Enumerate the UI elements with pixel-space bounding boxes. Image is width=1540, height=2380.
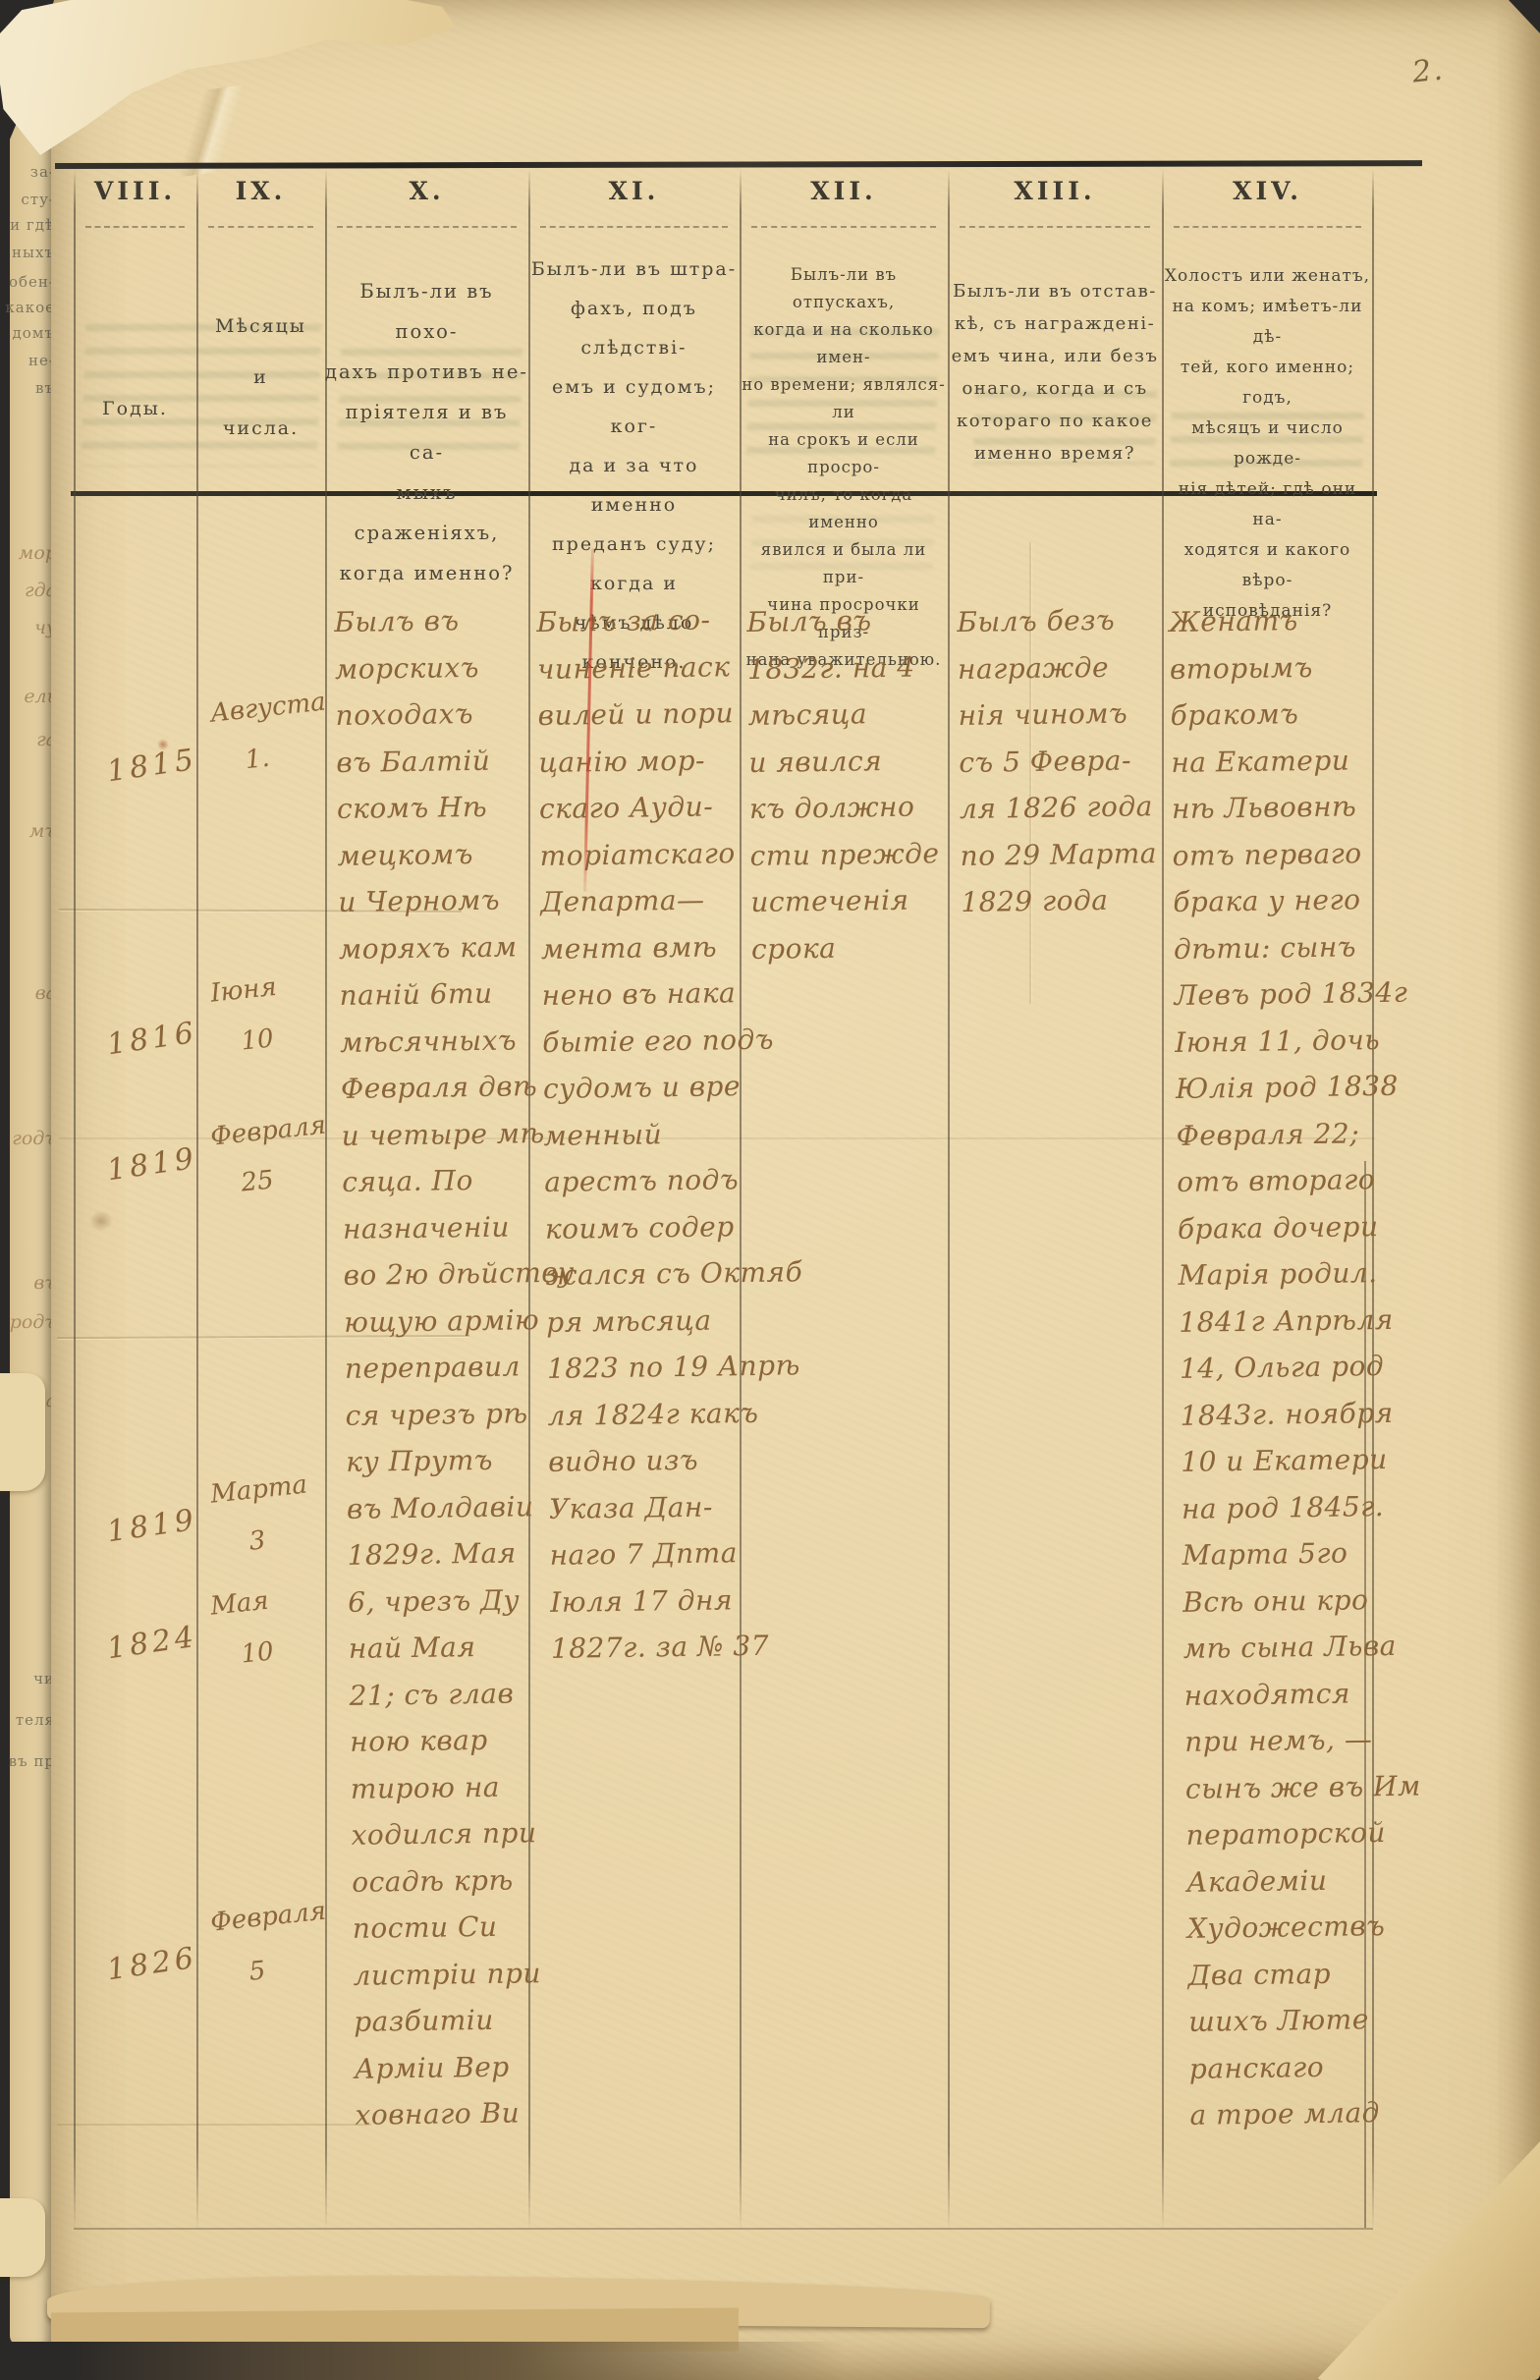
column-header-text: Холостъ или женатъ,на комъ; имѣетъ-ли дѣ… xyxy=(1162,261,1373,627)
entry-penalties: Былъ за со-чиненіе пасквилей и порицанію… xyxy=(536,596,752,1672)
text-line: и четыре мѣ xyxy=(341,1110,538,1159)
text-line: цанію мор- xyxy=(538,737,741,786)
numeral-underline xyxy=(85,226,185,228)
text-line: ля 1824г какъ xyxy=(547,1390,749,1439)
text-line: Былъ-ли въ похо- xyxy=(325,271,528,352)
text-line: ною квар xyxy=(350,1716,547,1765)
margin-text-fragment: теля xyxy=(2,1711,55,1729)
column-numeral: XI. xyxy=(528,177,740,205)
text-line: нѣ Львовнѣ xyxy=(1172,783,1374,832)
column-header-ix: IX. Мѣсяцыичисла. xyxy=(196,165,325,494)
margin-cursive-fragment: ва xyxy=(2,982,57,1004)
ink-stain xyxy=(84,1206,118,1236)
text-line: срока xyxy=(751,923,949,972)
text-line: вилей и пори xyxy=(537,690,740,739)
text-line: нія дѣтей; гдѣ они на- xyxy=(1162,474,1373,535)
text-line: моряхъ кам xyxy=(339,923,536,972)
text-line: скаго Ауди- xyxy=(539,783,742,832)
text-line: ря мѣсяца xyxy=(546,1297,748,1346)
text-line: 1841г Апрѣля xyxy=(1179,1297,1381,1346)
column-header-xii: XII. Былъ-ли въ отпускахъ,когда и на ско… xyxy=(740,165,948,494)
margin-text-fragment: обен- xyxy=(2,273,55,291)
text-line: чиненіе паск xyxy=(537,643,740,692)
column-header-x: X. Былъ-ли въ похо-дахъ противъ не-пріят… xyxy=(325,165,528,494)
text-line: мѣсяца xyxy=(747,690,945,739)
text-line: вторымъ xyxy=(1170,643,1372,692)
text-line: бракомъ xyxy=(1170,690,1372,739)
paper-tab xyxy=(0,2198,45,2277)
text-line: паній 6ти xyxy=(339,969,536,1019)
text-line: 1843г. ноября xyxy=(1180,1390,1382,1439)
text-line: емъ и судомъ; ког- xyxy=(528,367,740,446)
text-line: при немъ, — xyxy=(1184,1716,1387,1765)
text-line: Былъ за со- xyxy=(536,596,739,645)
text-line: кѣ, съ награждені- xyxy=(948,307,1162,340)
text-line: истеченія xyxy=(750,876,948,925)
text-line: Іюля 17 дня xyxy=(550,1577,752,1626)
text-line: Былъ въ xyxy=(334,596,531,645)
text-line: арестъ подъ xyxy=(544,1156,746,1205)
column-header-text: Годы. xyxy=(74,389,196,428)
margin-text-fragment: за- xyxy=(2,163,55,181)
text-line: котораго по какое xyxy=(948,405,1162,437)
text-line: ходился при xyxy=(351,1809,548,1858)
text-line: въ Молдавіи xyxy=(347,1483,544,1532)
text-line: ся чрезъ рѣ xyxy=(345,1390,542,1439)
text-line: съ 5 Февра- xyxy=(959,737,1161,786)
text-line: но времени; являлся-ли xyxy=(740,371,948,426)
text-line: бытіе его подъ xyxy=(542,1017,744,1066)
text-line: Юлія род 1838 xyxy=(1176,1063,1378,1112)
margin-text-fragment: и гдѣ xyxy=(2,216,55,234)
margin-text-fragment: домъ xyxy=(2,324,55,342)
text-line: торіатскаго xyxy=(539,830,742,879)
text-line: мента вмѣ xyxy=(541,923,743,972)
margin-cursive-fragment: годъ xyxy=(2,1128,57,1149)
text-line: ющую армію xyxy=(344,1297,541,1346)
paper-tab xyxy=(0,1373,45,1491)
text-line: Былъ въ xyxy=(746,596,944,645)
text-line: отъ перваго xyxy=(1172,830,1374,879)
column-numeral: XII. xyxy=(740,177,948,205)
text-line: отъ втораго xyxy=(1177,1156,1379,1205)
text-line: и явился xyxy=(748,737,946,786)
text-line: ку Прутъ xyxy=(346,1436,543,1485)
margin-text-fragment: въ пр xyxy=(2,1752,55,1770)
text-line: на комъ; имѣетъ-ли дѣ- xyxy=(1162,292,1373,353)
text-line: Былъ-ли въ отстав- xyxy=(948,275,1162,307)
margin-cursive-fragment: мор xyxy=(2,542,57,564)
column-numeral: IX. xyxy=(196,177,325,205)
text-line: мѣсяцъ и число рожде- xyxy=(1162,414,1373,474)
column-header-xiii: XIII. Былъ-ли въ отстав-кѣ, съ награжден… xyxy=(948,165,1162,494)
text-line: Всѣ они кро xyxy=(1182,1577,1385,1626)
entry-retirement: Былъ безънагражденія чиномъсъ 5 Февра-ля… xyxy=(957,596,1163,925)
column-numeral: XIII. xyxy=(948,177,1162,205)
column-header-xiv: XIV. Холостъ или женатъ,на комъ; имѣетъ-… xyxy=(1162,165,1373,494)
text-line: Годы. xyxy=(74,389,196,428)
text-line: менный xyxy=(543,1110,745,1159)
margin-cursive-fragment: гда xyxy=(2,580,57,601)
text-line: брака у него xyxy=(1173,876,1375,925)
text-line: и xyxy=(196,352,325,403)
text-line: коимъ содер xyxy=(545,1203,747,1252)
text-line: дѣти: сынъ xyxy=(1174,923,1376,972)
text-line: Художествъ xyxy=(1187,1903,1390,1952)
text-line: най Мая xyxy=(349,1623,546,1672)
margin-text-fragment: не- xyxy=(2,352,55,369)
scanned-document: за-сту-и гдѣныхъобен-какоедомъне-въчител… xyxy=(0,0,1540,2380)
text-line: сынъ же въ Им xyxy=(1185,1763,1388,1812)
text-line: ля 1826 года xyxy=(960,783,1162,832)
margin-cursive-fragment: мъ xyxy=(2,820,57,842)
text-line: 1823 по 19 Апрѣ xyxy=(547,1343,749,1392)
text-line: Женатъ xyxy=(1169,596,1371,645)
text-line: на род 1845г. xyxy=(1182,1483,1384,1532)
text-line: да и за что именно xyxy=(528,446,740,525)
table-bottom-rule xyxy=(74,2228,1373,2230)
text-line: мыхъ сраженіяхъ, xyxy=(325,472,528,553)
text-line: Два стар xyxy=(1187,1950,1390,1999)
text-line: Іюня 11, дочь xyxy=(1175,1017,1377,1066)
text-line: мѣсячныхъ xyxy=(340,1017,537,1066)
column-header-text: Былъ-ли въ похо-дахъ противъ не-пріятеля… xyxy=(325,271,528,593)
text-line: Мѣсяцы xyxy=(196,301,325,352)
text-line: морскихъ xyxy=(335,643,532,692)
text-line: когда именно? xyxy=(325,553,528,593)
numeral-underline xyxy=(208,226,313,228)
text-line: мецкомъ xyxy=(337,830,534,879)
text-line: на срокъ и если просро- xyxy=(740,426,948,481)
text-line: въ Балтій xyxy=(336,737,533,786)
text-line: Арміи Вер xyxy=(355,2043,552,2092)
text-line: Былъ безъ xyxy=(957,596,1159,645)
text-line: ператорской xyxy=(1185,1809,1388,1858)
text-line: походахъ xyxy=(335,690,532,739)
text-line: 6, чрезъ Ду xyxy=(348,1577,545,1626)
text-line: числа. xyxy=(196,403,325,454)
entry-leaves: Былъ въ1832г. на 4мѣсяцаи явилсякъ должн… xyxy=(746,596,948,972)
text-line: а трое млад xyxy=(1189,2089,1392,2138)
text-line: 10 и Екатери xyxy=(1181,1436,1383,1485)
text-line: скомъ Нѣ xyxy=(337,783,534,832)
text-line: преданъ суду; когда и xyxy=(528,525,740,603)
text-line: находятся xyxy=(1183,1670,1386,1719)
text-line: мѣ сына Льва xyxy=(1183,1623,1386,1672)
text-line: по 29 Марта xyxy=(960,830,1162,879)
numeral-underline xyxy=(751,226,936,228)
text-line: листріи при xyxy=(353,1950,550,1999)
numeral-underline xyxy=(337,226,517,228)
text-line: нія чиномъ xyxy=(958,690,1160,739)
text-line: ховнаго Ви xyxy=(355,2089,552,2138)
margin-text-fragment: какое xyxy=(2,299,55,316)
text-line: и Черномъ xyxy=(338,876,535,925)
column-header-text: Мѣсяцыичисла. xyxy=(196,301,325,454)
column-header-text: Былъ-ли въ отстав-кѣ, съ награждені-емъ … xyxy=(948,275,1162,470)
text-line: тей, кого именно; годъ, xyxy=(1162,353,1373,414)
text-line: брака дочери xyxy=(1178,1203,1380,1252)
text-line: видно изъ xyxy=(548,1436,750,1485)
column-numeral: XIV. xyxy=(1162,177,1373,205)
text-line: пости Си xyxy=(353,1903,550,1952)
text-line: ходятся и какого вѣро- xyxy=(1162,535,1373,596)
margin-text-fragment: въ xyxy=(2,379,55,397)
text-line: шихъ Люте xyxy=(1188,1996,1391,2045)
margin-text-fragment: чи xyxy=(2,1670,55,1688)
margin-cursive-fragment: въ xyxy=(2,1272,57,1294)
text-line: разбитіи xyxy=(354,1996,551,2045)
margin-cursive-fragment: чу xyxy=(2,617,57,638)
text-line: назначеніи xyxy=(343,1203,540,1252)
margin-cursive-fragment: родъ xyxy=(2,1311,57,1333)
entry-family: Женатъвторымъбракомъна Екатеринѣ Львовнѣ… xyxy=(1169,596,1392,2138)
text-line: нено въ нака xyxy=(541,969,743,1019)
text-line: судомъ и вре xyxy=(543,1063,745,1112)
text-line: сяца. По xyxy=(342,1156,539,1205)
text-line: Холостъ или женатъ, xyxy=(1162,261,1373,292)
text-line: когда и на сколько имен- xyxy=(740,316,948,371)
text-line: на Екатери xyxy=(1171,737,1373,786)
text-line: къ должно xyxy=(749,783,947,832)
text-line: жался съ Октяб xyxy=(545,1249,747,1299)
text-line: Указа Дан- xyxy=(549,1483,751,1532)
numeral-underline xyxy=(1174,226,1361,228)
text-line: емъ чина, или безъ xyxy=(948,340,1162,372)
text-line: переправил xyxy=(345,1343,542,1392)
text-line: Левъ род 1834г xyxy=(1174,969,1376,1019)
margin-cursive-fragment: ель xyxy=(2,686,57,707)
text-line: Былъ-ли въ отпускахъ, xyxy=(740,261,948,316)
column-numeral: X. xyxy=(325,177,528,205)
text-line: сти прежде xyxy=(749,830,947,879)
column-header-viii: VIII. Годы. xyxy=(74,165,196,494)
text-line: Департа— xyxy=(540,876,742,925)
numeral-underline xyxy=(960,226,1150,228)
numeral-underline xyxy=(540,226,728,228)
margin-text-fragment: сту- xyxy=(2,191,55,208)
text-line: наго 7 Дпта xyxy=(549,1529,751,1578)
text-line: награжде xyxy=(958,643,1160,692)
page-number: 2. xyxy=(1410,52,1446,89)
text-line: 1832г. на 4 xyxy=(747,643,945,692)
column-numeral: VIII. xyxy=(74,177,196,205)
text-line: 1827г. за № 37 xyxy=(551,1623,753,1672)
column-header-xi: XI. Былъ-ли въ штра-фахъ, подъ слѣдстві-… xyxy=(528,165,740,494)
text-line: тирою на xyxy=(351,1763,548,1812)
entry-campaigns: Былъ въморскихъпоходахъвъ Балтійскомъ Нѣ… xyxy=(334,596,552,2138)
bottom-shadow xyxy=(0,2342,845,2380)
text-line: 21; съ глав xyxy=(349,1670,546,1719)
text-line: во 2ю дѣйству xyxy=(343,1249,540,1299)
text-line: онаго, когда и съ xyxy=(948,372,1162,405)
margin-cursive-fragment: га xyxy=(2,729,57,750)
text-line: Февраля 22; xyxy=(1176,1110,1378,1159)
text-line: Былъ-ли въ штра- xyxy=(528,249,740,289)
text-line: именно время? xyxy=(948,437,1162,470)
text-line: 1829 года xyxy=(961,876,1163,925)
text-line: ранскаго xyxy=(1189,2042,1392,2091)
text-line: 1829г. Мая xyxy=(347,1529,544,1578)
text-line: 14, Ольга род xyxy=(1180,1343,1382,1392)
text-line: осадѣ крѣ xyxy=(352,1856,549,1906)
text-line: явился и была ли при- xyxy=(740,536,948,591)
text-line: чилъ, то когда именно xyxy=(740,481,948,536)
text-line: Марія родил. xyxy=(1178,1249,1380,1299)
text-line: фахъ, подъ слѣдстві- xyxy=(528,289,740,367)
text-line: пріятеля и въ са- xyxy=(325,392,528,472)
text-line: Февраля двѣ xyxy=(341,1063,538,1112)
text-line: Академіи xyxy=(1186,1856,1389,1906)
text-line: Марта 5го xyxy=(1182,1529,1384,1578)
text-line: дахъ противъ не- xyxy=(325,352,528,392)
margin-text-fragment: ныхъ xyxy=(2,244,55,261)
